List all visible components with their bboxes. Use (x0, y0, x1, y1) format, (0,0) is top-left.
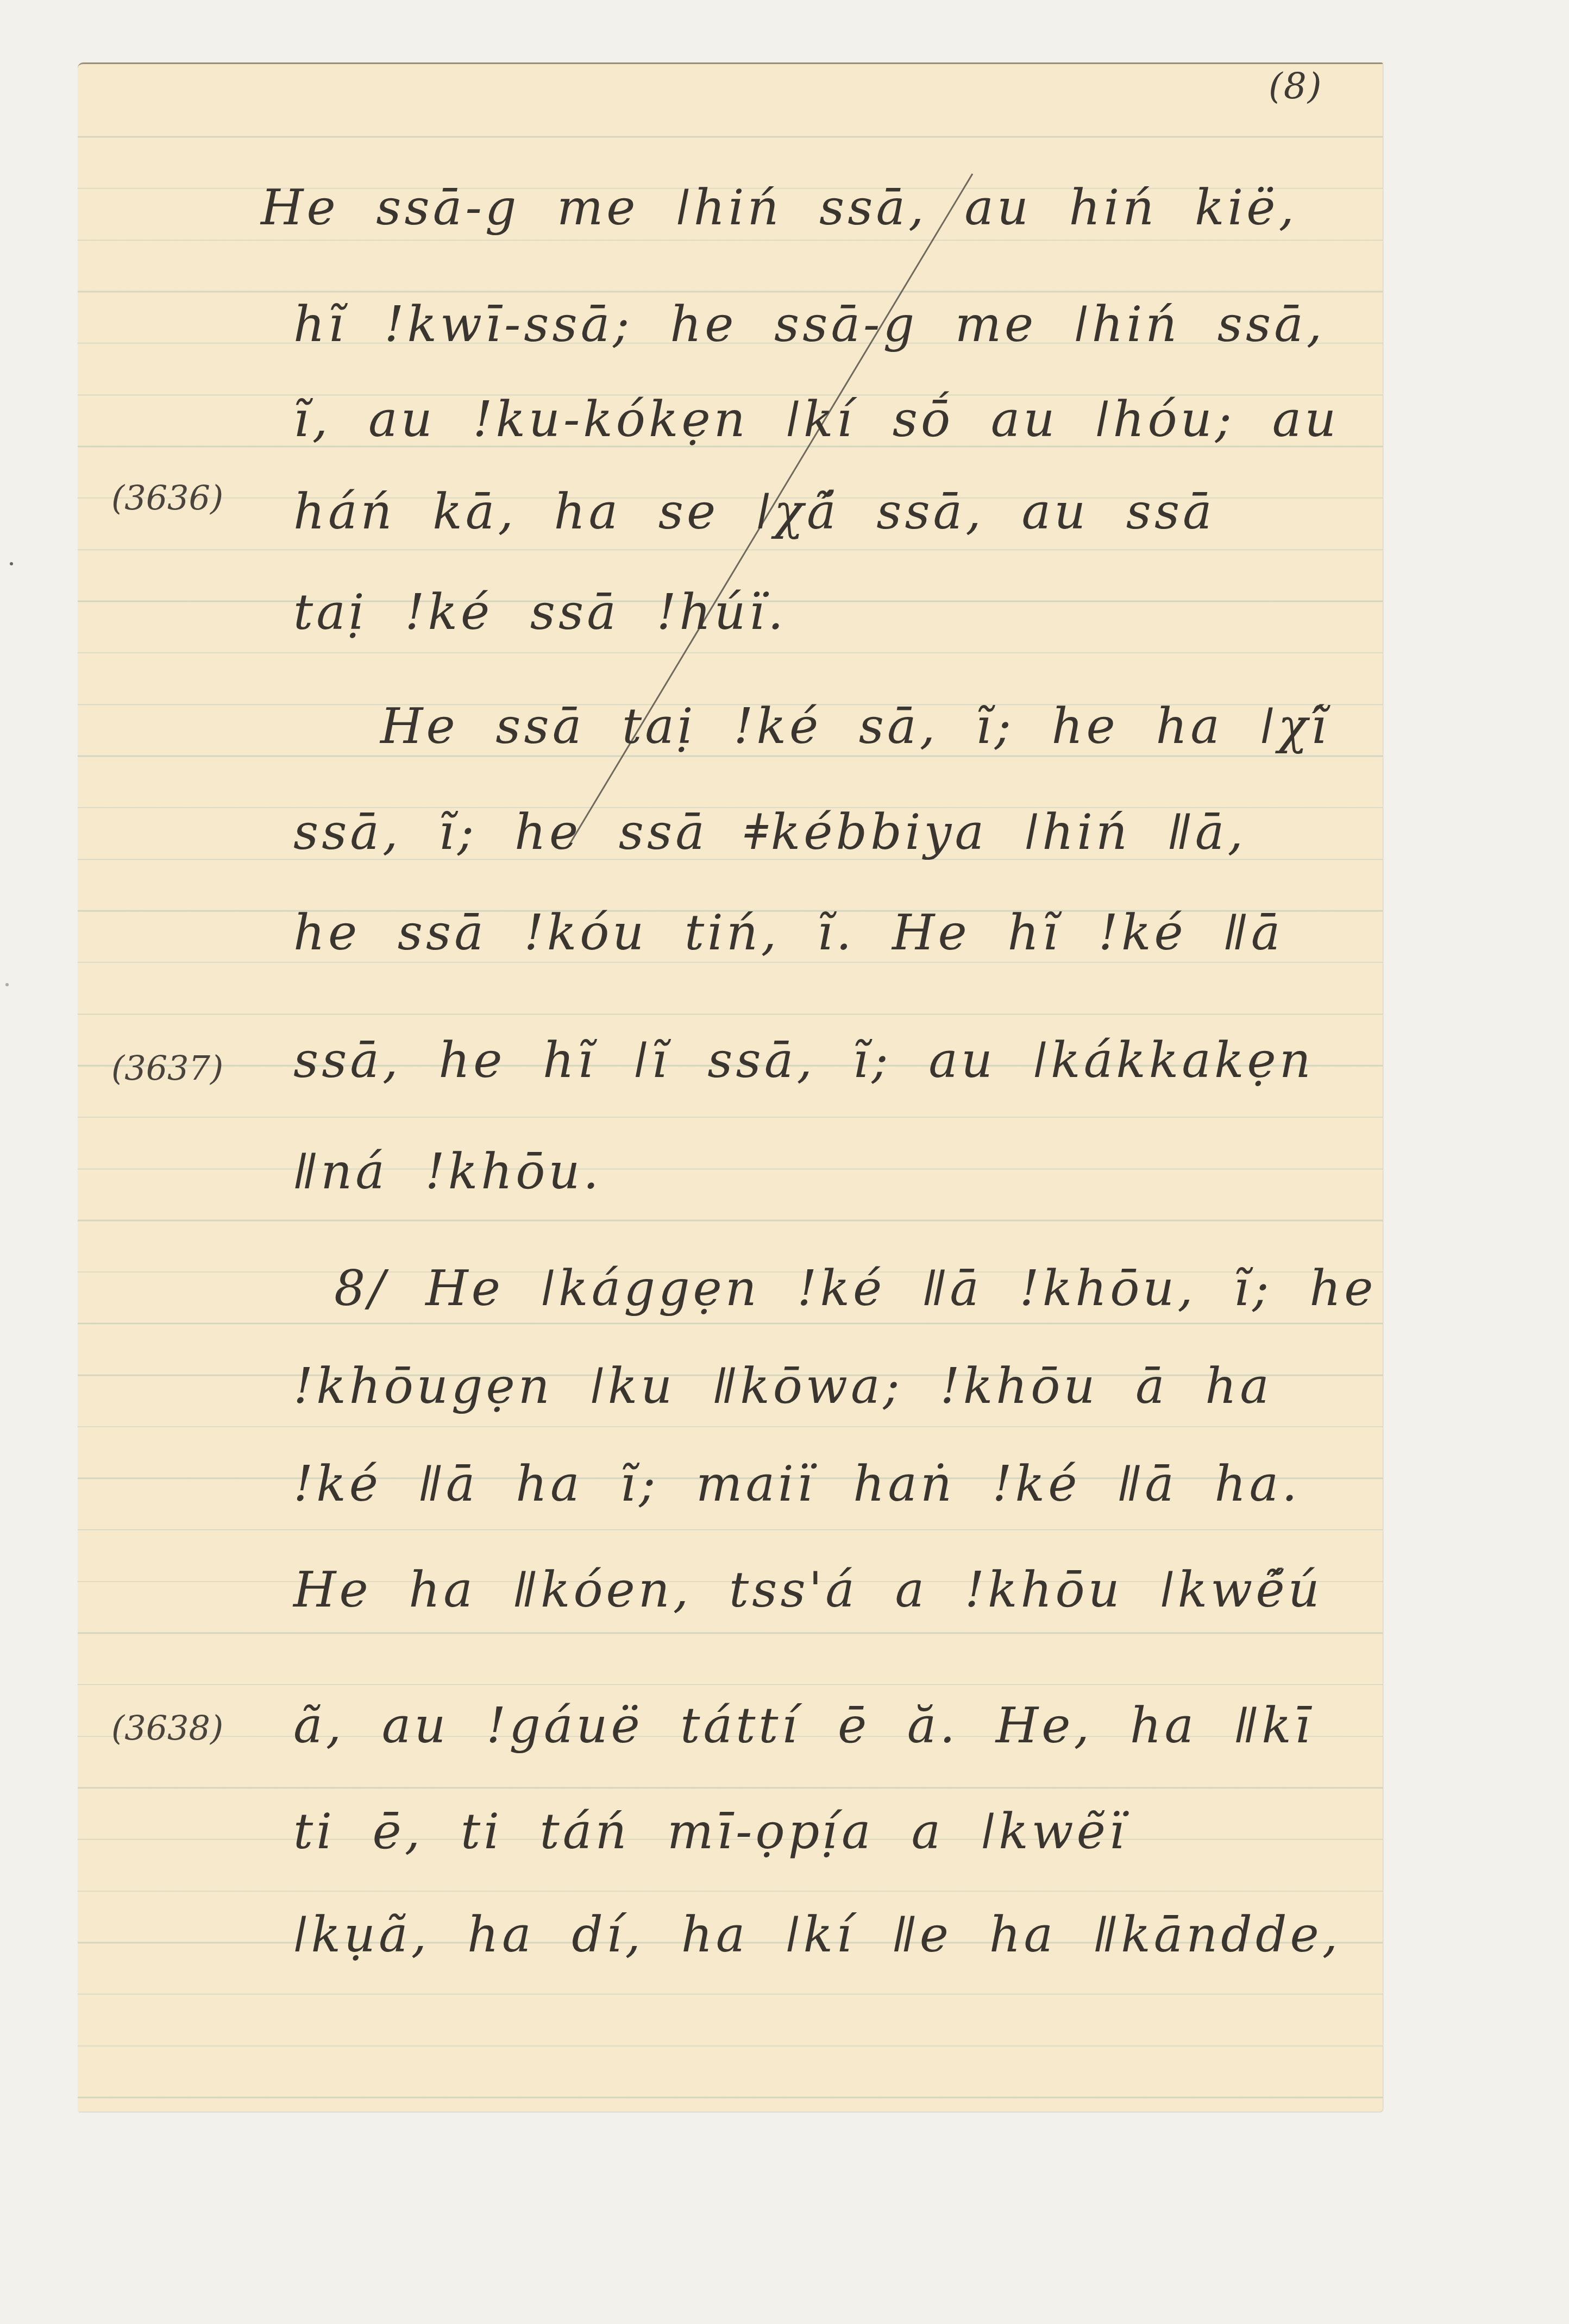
text-line: háń kā, ha se ǀχã́ ssā, au ssā (293, 483, 1215, 540)
text-line: ǀkụã, ha dí, ha ǀkí ǁe ha ǁkāndde, (293, 1906, 1341, 1963)
text-line: ĩ, au !ku-kókẹn ǀkí sṓ au ǀhóu; au (293, 391, 1339, 448)
paper-speck (10, 562, 13, 565)
text-line: taị !kе́ ssā !húï. (293, 584, 787, 641)
paper-speck (5, 983, 9, 986)
page-number: (8) (1269, 65, 1323, 107)
text-line: ã, au !gáuё táttí ē ă. He, ha ǁkī (293, 1697, 1313, 1754)
text-line: ǁná !khōu. (293, 1143, 602, 1200)
text-line: He ssā-g me ǀhiń ssā, au hiń kiё, (261, 179, 1297, 236)
margin-reference-number: (3637) (111, 1048, 223, 1088)
text-line: ssā, he hĩ ǀĩ ssā, ĩ; au ǀkákkakẹn (293, 1032, 1314, 1089)
text-line: He ha ǁkóen, tss'á a !khōu ǀkwẽ́ú (293, 1561, 1323, 1618)
text-line: ssā, ĩ; he ssā ǂkе́bbiya ǀhiń ǁā, (293, 804, 1246, 861)
text-line: ti ē, ti táń mī-ọpị́a a ǀkwẽï (293, 1803, 1128, 1860)
text-line: 8/ He ǀkággẹn !kе́ ǁā !khōu, ĩ; he (334, 1260, 1376, 1317)
margin-reference-number: (3636) (111, 478, 223, 518)
text-line: He ssā taị !kе́ sā, ĩ; he ha ǀχĩ́ (380, 698, 1330, 755)
text-line: hĩ !kwī-ssā; he ssā-g me ǀhiń ssā, (293, 296, 1325, 353)
text-line: he ssā !kóu tiń, ĩ. He hĩ !kе́ ǁā (293, 904, 1283, 961)
margin-reference-number: (3638) (111, 1708, 223, 1748)
text-line: !khōugẹn ǀku ǁkōwa; !khōu ā ha (293, 1358, 1272, 1415)
text-line: !kе́ ǁā ha ĩ; maiï haṅ !kе́ ǁā ha. (293, 1456, 1301, 1513)
